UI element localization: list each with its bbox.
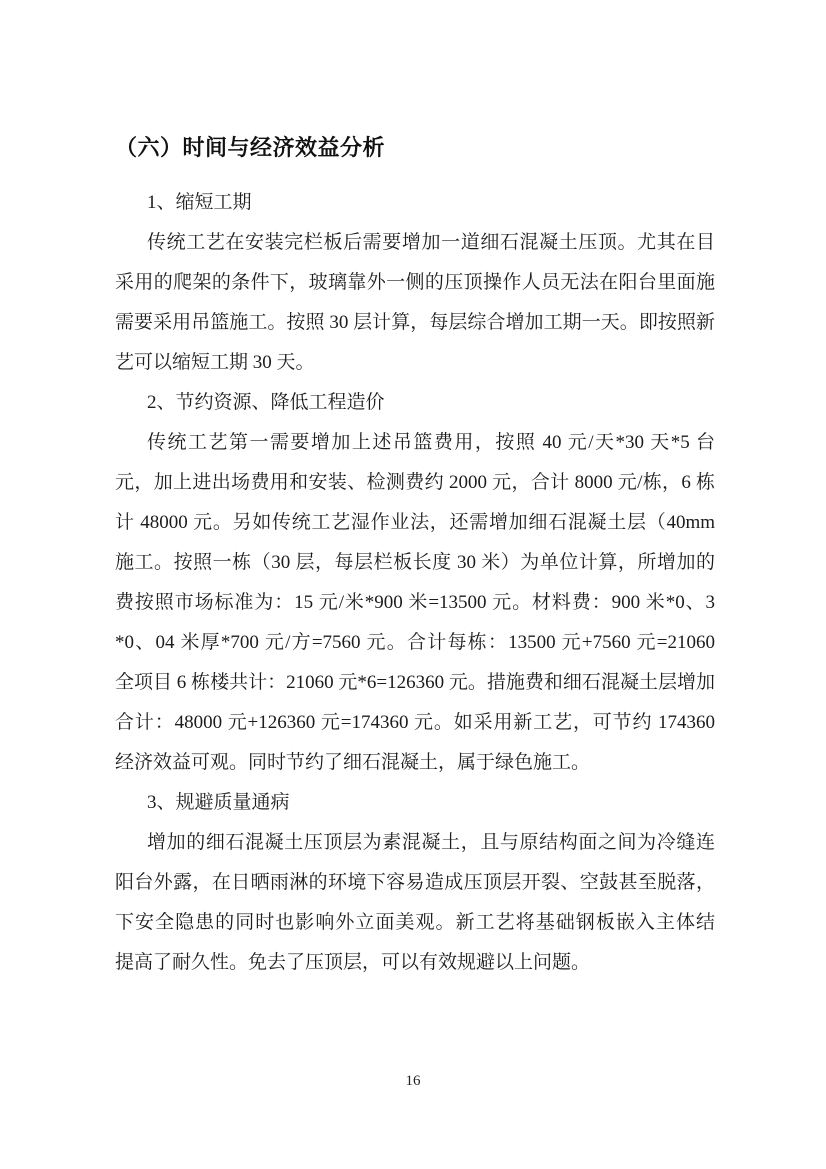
paragraph-line: 施工。按照一栋（30 层，每层栏板长度 30 米）为单位计算，所增加的人工 [115,543,715,583]
paragraph-line: 下安全隐患的同时也影响外立面美观。新工艺将基础钢板嵌入主体结构， [115,903,715,943]
paragraph-line: 元，加上进出场费用和安装、检测费约 2000 元，合计 8000 元/栋，6 栋… [115,463,715,503]
paragraph-line: 合计：48000 元+126360 元=174360 元。如采用新工艺，可节约 … [115,703,715,743]
subsection-title-1: 1、缩短工期 [115,183,715,223]
paragraph-line: 采用的爬架的条件下，玻璃靠外一侧的压顶操作人员无法在阳台里面施工， [115,263,715,303]
paragraph-line: 传统工艺第一需要增加上述吊篮费用，按照 40 元/天*30 天*5 台=6000 [115,423,715,463]
document-page: （六）时间与经济效益分析 1、缩短工期 传统工艺在安装完栏板后需要增加一道细石混… [0,0,826,1169]
document-body: 1、缩短工期 传统工艺在安装完栏板后需要增加一道细石混凝土压顶。尤其在目前 采用… [115,183,715,983]
paragraph-line: 提高了耐久性。免去了压顶层，可以有效规避以上问题。 [115,943,715,983]
subsection-title-3: 3、规避质量通病 [115,783,715,823]
paragraph-line: 传统工艺在安装完栏板后需要增加一道细石混凝土压顶。尤其在目前 [115,223,715,263]
paragraph-line: 艺可以缩短工期 30 天。 [115,343,715,383]
section-heading: （六）时间与经济效益分析 [115,133,755,165]
subsection-title-2: 2、节约资源、降低工程造价 [115,383,715,423]
paragraph-line: *0、04 米厚*700 元/方=7560 元。合计每栋：13500 元+756… [115,623,715,663]
paragraph-line: 阳台外露，在日晒雨淋的环境下容易造成压顶层开裂、空鼓甚至脱落，留 [115,863,715,903]
paragraph-line: 经济效益可观。同时节约了细石混凝土，属于绿色施工。 [115,743,715,783]
paragraph-line: 需要采用吊篮施工。按照 30 层计算，每层综合增加工期一天。即按照新工 [115,303,715,343]
page-number: 16 [0,1071,826,1091]
paragraph-line: 增加的细石混凝土压顶层为素混凝土，且与原结构面之间为冷缝连接。 [115,823,715,863]
paragraph-line: 计 48000 元。另如传统工艺湿作业法，还需增加细石混凝土层（40mm 厚） [115,503,715,543]
paragraph-line: 费按照市场标准为：15 元/米*900 米=13500 元。材料费：900 米*… [115,583,715,623]
paragraph-line: 全项目 6 栋楼共计：21060 元*6=126360 元。措施费和细石混凝土层… [115,663,715,703]
